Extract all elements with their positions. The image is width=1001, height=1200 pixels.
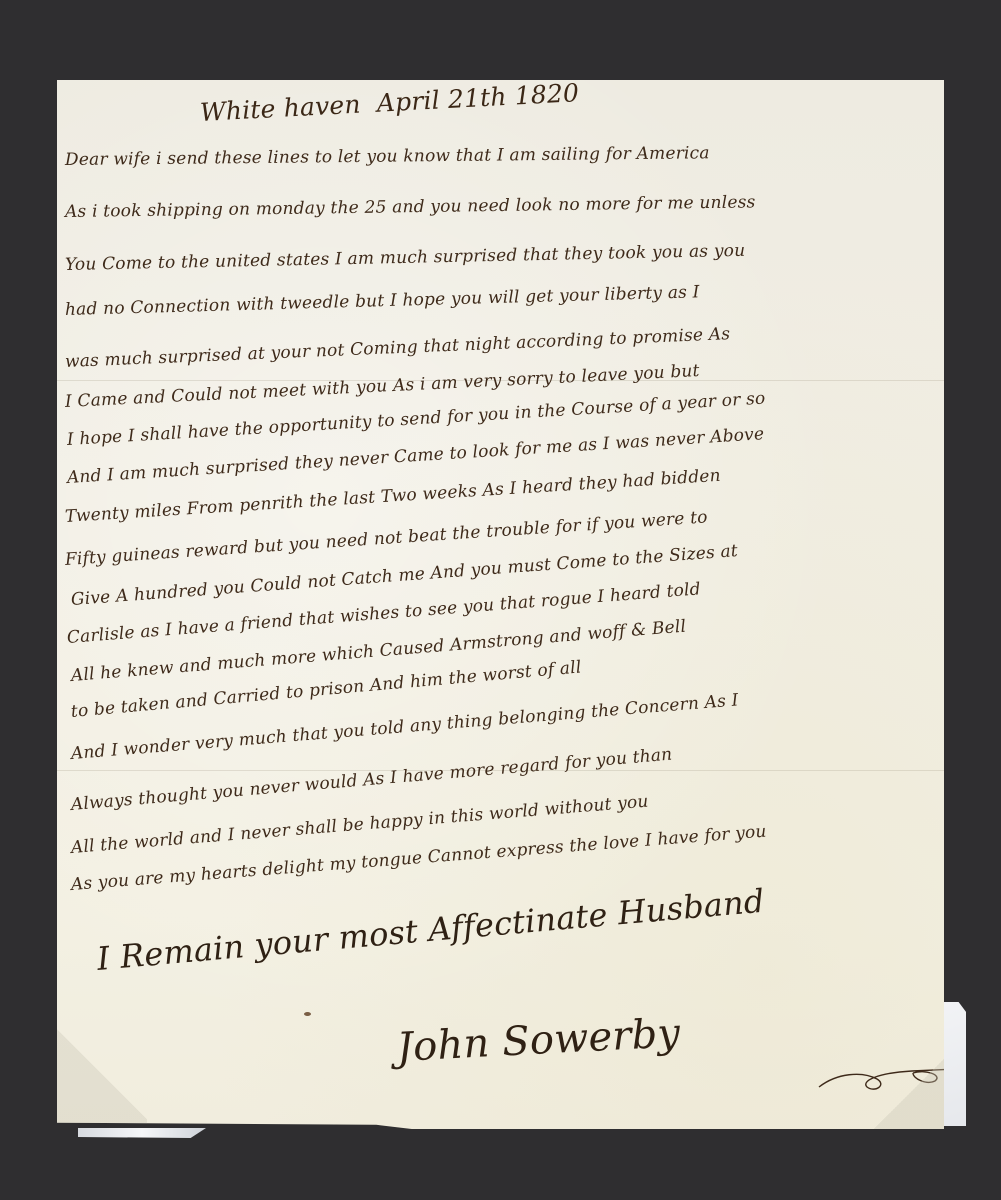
body-line: You Come to the united states I am much … [65, 241, 746, 275]
letter-heading: White haven April 21th 1820 [199, 78, 580, 127]
letter-closing: I Remain your most Affectinate Husband [95, 882, 766, 978]
heading-date: April 21th 1820 [376, 78, 580, 118]
body-line: had no Connection with tweedle but I hop… [65, 282, 700, 320]
body-line: As i took shipping on monday the 25 and … [65, 192, 756, 222]
ink-blot [304, 1012, 311, 1016]
mount-sleeve-bottom-left [78, 1128, 206, 1138]
body-line: Dear wife i send these lines to let you … [65, 143, 710, 170]
letter-signature: John Sowerby [396, 1010, 682, 1071]
letter-paper: White haven April 21th 1820 Dear wife i … [57, 80, 944, 1129]
signature-flourish-icon [817, 1065, 957, 1095]
heading-place: White haven [199, 90, 361, 127]
